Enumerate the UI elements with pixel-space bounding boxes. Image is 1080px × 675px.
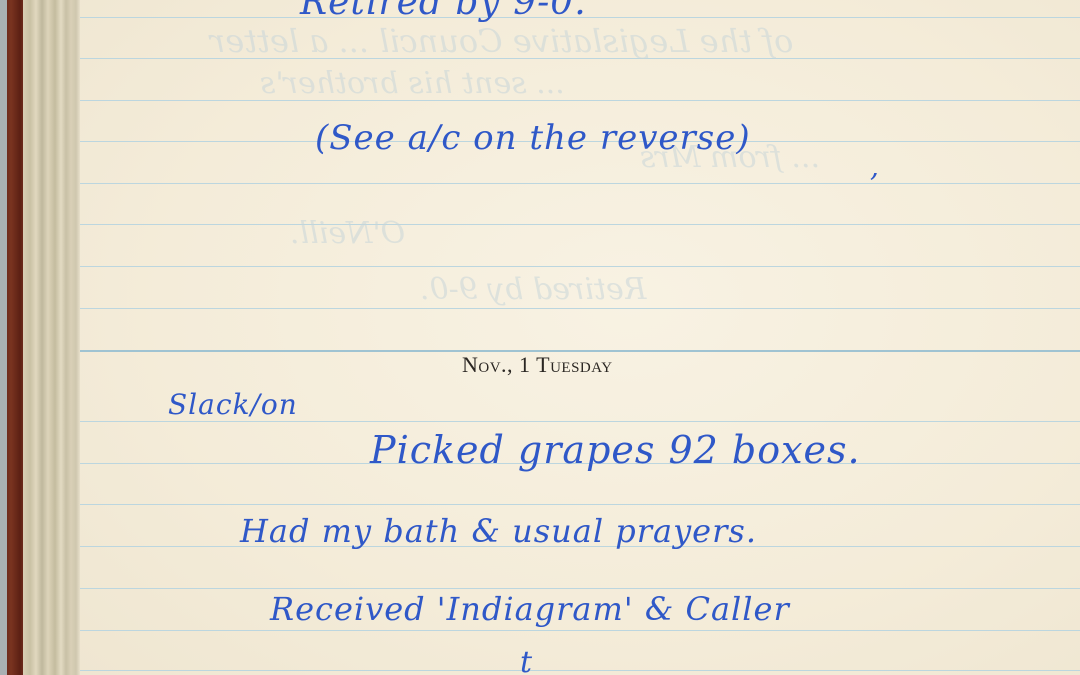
handwritten-line: Had my bath & usual prayers. xyxy=(240,512,757,550)
handwritten-comma: , xyxy=(870,150,880,183)
ruled-line xyxy=(80,183,1080,184)
ruled-line xyxy=(80,224,1080,225)
ruled-line xyxy=(80,100,1080,101)
show-through-text: Retired by 9-0. xyxy=(420,272,646,307)
ruled-line xyxy=(80,504,1080,505)
ruled-line xyxy=(80,308,1080,309)
handwritten-line: (See a/c on the reverse) xyxy=(315,118,751,158)
ruled-line xyxy=(80,670,1080,671)
show-through-text: of the Legislative Council ... a letter xyxy=(210,22,793,60)
handwritten-line: t xyxy=(520,645,533,675)
show-through-text: O'Neill. xyxy=(290,216,405,251)
ruled-line xyxy=(80,630,1080,631)
printed-date-header: Nov., 1 Tuesday xyxy=(462,352,613,378)
diary-page: of the Legislative Council ... a letter … xyxy=(80,0,1080,675)
ruled-line xyxy=(80,588,1080,589)
book-spine-edge xyxy=(0,0,80,675)
ruled-line xyxy=(80,266,1080,267)
show-through-text: ... sent his brother's xyxy=(260,66,565,101)
margin-note: Slack/on xyxy=(168,388,298,421)
handwritten-line: Retired by 9-0. xyxy=(300,0,587,23)
handwritten-line: Picked grapes 92 boxes. xyxy=(370,428,861,472)
handwritten-line: Received 'Indiagram' & Caller xyxy=(270,590,790,628)
ruled-line xyxy=(80,421,1080,422)
